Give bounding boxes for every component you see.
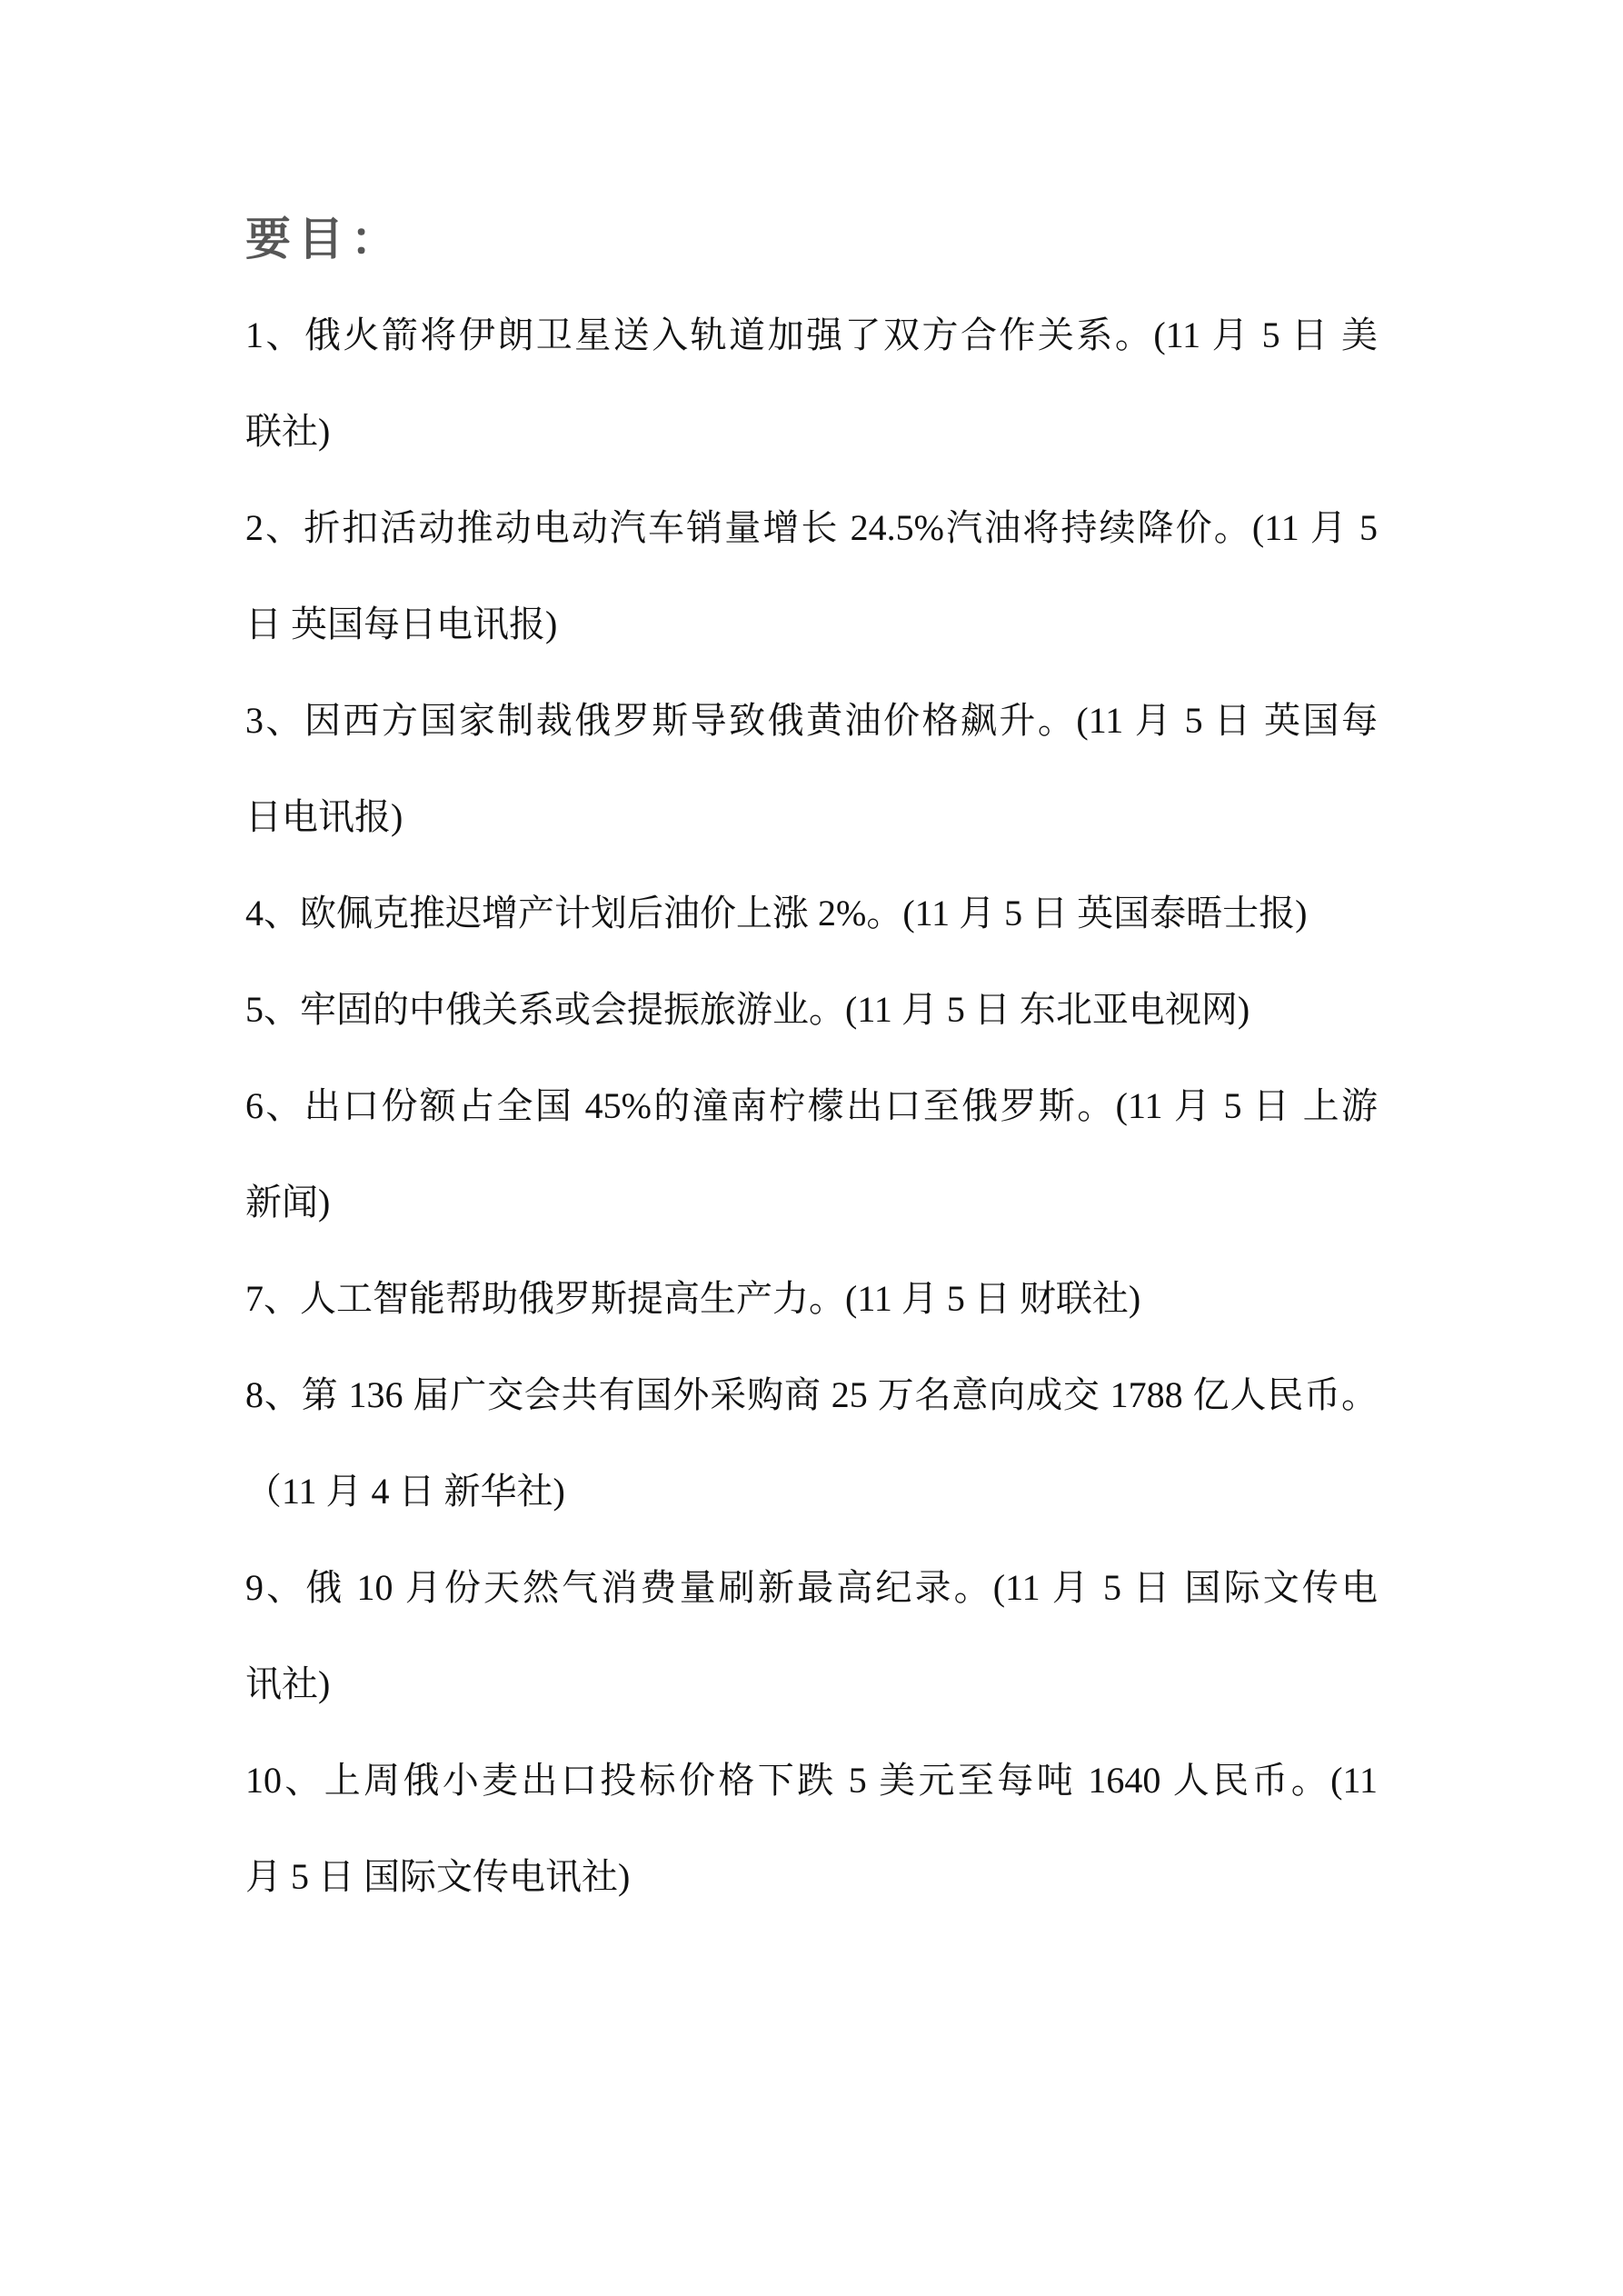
news-item-line: 2、折扣活动推动电动汽车销量增长 24.5%汽油将持续降价。(11 月 5 [245, 480, 1378, 576]
news-item-line: 4、欧佩克推迟增产计划后油价上涨 2%。(11 月 5 日 英国泰晤士报) [245, 865, 1378, 962]
news-item-line: 3、因西方国家制裁俄罗斯导致俄黄油价格飙升。(11 月 5 日 英国每 [245, 673, 1378, 769]
news-item-line: （11 月 4 日 新华社) [245, 1443, 1378, 1540]
news-item-line: 9、俄 10 月份天然气消费量刷新最高纪录。(11 月 5 日 国际文传电 [245, 1540, 1378, 1636]
news-item-line: 联社) [245, 384, 1378, 480]
news-item-2: 2、折扣活动推动电动汽车销量增长 24.5%汽油将持续降价。(11 月 5 日 … [245, 480, 1378, 673]
news-item-line: 6、出口份额占全国 45%的潼南柠檬出口至俄罗斯。(11 月 5 日 上游 [245, 1058, 1378, 1154]
news-item-10: 10、上周俄小麦出口投标价格下跌 5 美元至每吨 1640 人民币。(11 月 … [245, 1732, 1378, 1925]
news-item-line: 5、牢固的中俄关系或会提振旅游业。(11 月 5 日 东北亚电视网) [245, 962, 1378, 1058]
news-item-8: 8、第 136 届广交会共有国外采购商 25 万名意向成交 1788 亿人民币。… [245, 1347, 1378, 1540]
news-item-6: 6、出口份额占全国 45%的潼南柠檬出口至俄罗斯。(11 月 5 日 上游 新闻… [245, 1058, 1378, 1251]
news-item-line: 日 英国每日电讯报) [245, 576, 1378, 673]
news-item-line: 10、上周俄小麦出口投标价格下跌 5 美元至每吨 1640 人民币。(11 [245, 1732, 1378, 1829]
news-item-line: 1、俄火箭将伊朗卫星送入轨道加强了双方合作关系。(11 月 5 日 美 [245, 287, 1378, 384]
news-item-line: 新闻) [245, 1154, 1378, 1251]
document-page: 要目： 1、俄火箭将伊朗卫星送入轨道加强了双方合作关系。(11 月 5 日 美 … [0, 0, 1623, 2296]
news-item-line: 月 5 日 国际文传电讯社) [245, 1829, 1378, 1925]
news-item-9: 9、俄 10 月份天然气消费量刷新最高纪录。(11 月 5 日 国际文传电 讯社… [245, 1540, 1378, 1732]
page-title: 要目： [245, 191, 1378, 287]
news-item-1: 1、俄火箭将伊朗卫星送入轨道加强了双方合作关系。(11 月 5 日 美 联社) [245, 287, 1378, 480]
news-item-line: 8、第 136 届广交会共有国外采购商 25 万名意向成交 1788 亿人民币。 [245, 1347, 1378, 1443]
news-item-3: 3、因西方国家制裁俄罗斯导致俄黄油价格飙升。(11 月 5 日 英国每 日电讯报… [245, 673, 1378, 865]
news-item-line: 日电讯报) [245, 769, 1378, 865]
news-item-7: 7、人工智能帮助俄罗斯提高生产力。(11 月 5 日 财联社) [245, 1251, 1378, 1347]
news-item-line: 7、人工智能帮助俄罗斯提高生产力。(11 月 5 日 财联社) [245, 1251, 1378, 1347]
news-item-line: 讯社) [245, 1636, 1378, 1732]
news-item-5: 5、牢固的中俄关系或会提振旅游业。(11 月 5 日 东北亚电视网) [245, 962, 1378, 1058]
news-item-4: 4、欧佩克推迟增产计划后油价上涨 2%。(11 月 5 日 英国泰晤士报) [245, 865, 1378, 962]
